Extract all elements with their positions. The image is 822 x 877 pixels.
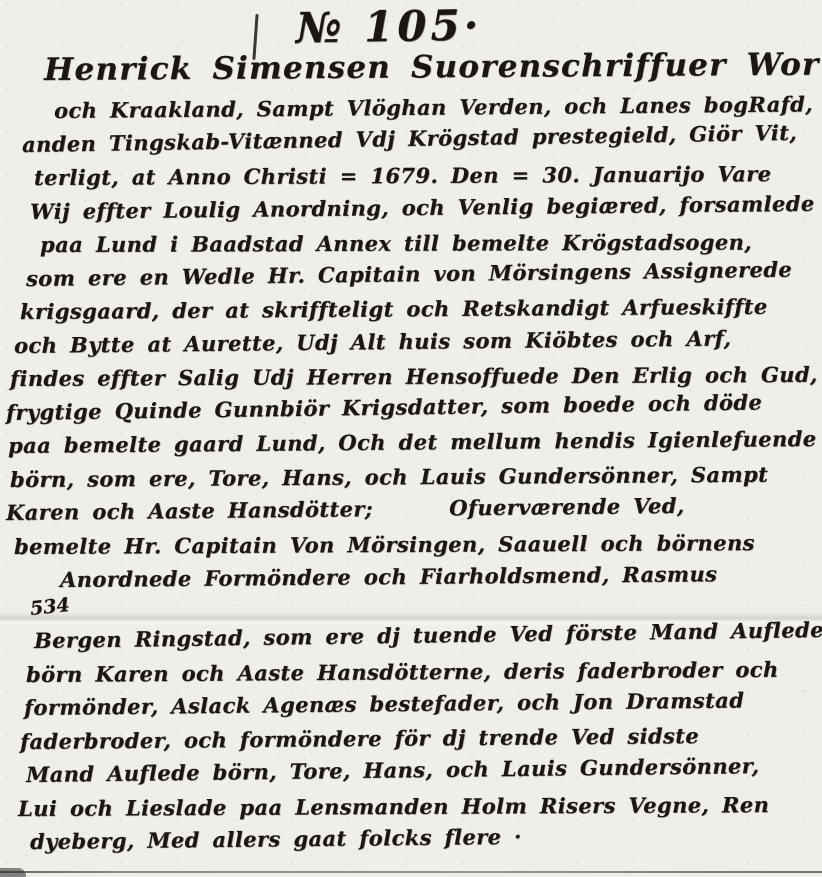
scan-corner-smudge: [0, 868, 26, 877]
manuscript-page: № 105· Henrick Simensen Suorenschriffuer…: [0, 0, 822, 877]
scan-edge: [0, 871, 822, 873]
text-line: Anordnede Formöndere och Fiarholdsmend, …: [60, 556, 822, 596]
text-line: Karen och Aaste Hansdötter; Ofuerværende…: [6, 487, 822, 529]
text-line: Bergen Ringstad, som ere dj tuende Ved f…: [34, 613, 822, 657]
manuscript-paragraph-2: Bergen Ringstad, som ere dj tuende Ved f…: [0, 624, 822, 859]
manuscript-paragraph-1: Henrick Simensen Suorenschriffuer Wor He…: [0, 46, 822, 597]
text-line: paa bemelte gaard Lund, Och det mellum h…: [8, 422, 822, 463]
text-line: dyeberg, Med allers gaat folcks flere ·: [30, 817, 822, 859]
page-number: 534: [29, 594, 71, 620]
text-line: Henrick Simensen Suorenschriffuer Wor He…: [44, 41, 822, 94]
